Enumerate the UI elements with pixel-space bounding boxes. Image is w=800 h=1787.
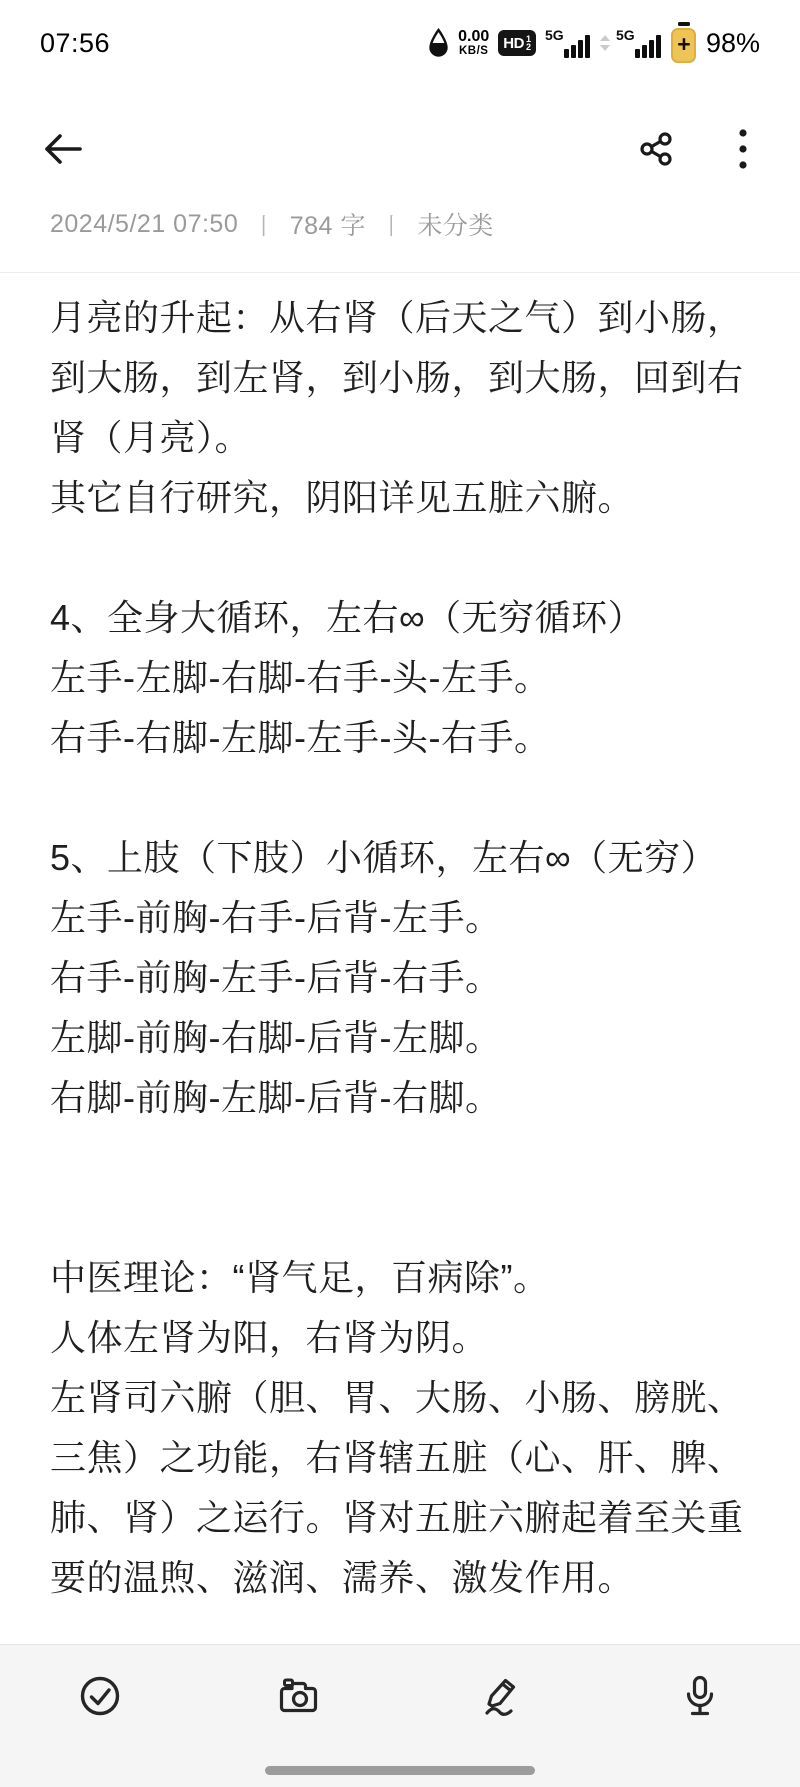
- hd-volte-icon: HD 1 2: [498, 30, 536, 56]
- todo-check-button[interactable]: [0, 1673, 200, 1719]
- note-line: 右手-右脚-左脚-左手-头-右手。: [50, 708, 752, 768]
- camera-icon: [277, 1673, 323, 1719]
- water-drop-icon: [428, 28, 449, 58]
- note-line: 左脚-前胸-右脚-后背-左脚。: [50, 1008, 752, 1068]
- share-icon: [636, 129, 676, 169]
- note-line: 要的温煦、滋润、濡养、激发作用。: [50, 1548, 752, 1608]
- signal-bars-icon-2: 5G: [616, 27, 662, 60]
- network-speed-unit: KB/S: [459, 45, 488, 57]
- camera-button[interactable]: [200, 1673, 400, 1719]
- note-category[interactable]: 未分类: [417, 206, 494, 242]
- status-bar-right: 0.00 KB/S HD 1 2 5G 5G: [428, 22, 760, 64]
- note-line: 左手-左脚-右脚-右手-头-左手。: [50, 648, 752, 708]
- note-line: 右手-前胸-左手-后背-右手。: [50, 948, 752, 1008]
- share-button[interactable]: [636, 129, 676, 169]
- note-line: 肾（月亮）。: [50, 408, 752, 468]
- note-line: 4、全身大循环，左右∞（无穷循环）: [50, 588, 752, 648]
- handwriting-pen-icon: [477, 1673, 523, 1719]
- network-arrows-icon: [600, 35, 610, 51]
- microphone-icon: [677, 1673, 723, 1719]
- meta-separator: 丨: [252, 208, 276, 241]
- signal-5g-label-2: 5G: [616, 27, 635, 43]
- signal-bars: [564, 35, 590, 58]
- note-line: 人体左肾为阳，右肾为阴。: [50, 1308, 752, 1368]
- note-line: 5、上肢（下肢）小循环，左右∞（无穷）: [50, 828, 752, 888]
- note-word-count: 784 字: [290, 206, 366, 242]
- bottom-toolbar: [0, 1644, 800, 1787]
- note-line: 到大肠，到左肾，到小肠，到大肠，回到右: [50, 348, 752, 408]
- note-line-blank: [50, 1128, 752, 1188]
- note-header: [0, 80, 800, 200]
- battery-percentage: 98%: [706, 28, 760, 59]
- note-line: 其它自行研究，阴阳详见五脏六腑。: [50, 468, 752, 528]
- check-circle-icon: [77, 1673, 123, 1719]
- status-bar: 07:56 0.00 KB/S HD 1 2 5G: [0, 0, 800, 80]
- back-arrow-icon: [40, 130, 84, 168]
- meta-separator: 丨: [380, 208, 404, 241]
- note-line: 三焦）之功能，右肾辖五脏（心、肝、脾、: [50, 1428, 752, 1488]
- notes-app-screen: 07:56 0.00 KB/S HD 1 2 5G: [0, 0, 800, 1787]
- note-line: 月亮的升起：从右肾（后天之气）到小肠，: [50, 288, 752, 348]
- voice-record-button[interactable]: [600, 1673, 800, 1719]
- network-speed-value: 0.00: [458, 29, 489, 45]
- note-text-area[interactable]: 月亮的升起：从右肾（后天之气）到小肠， 到大肠，到左肾，到小肠，到大肠，回到右 …: [0, 273, 800, 1608]
- hd-sim-indicator: 1 2: [526, 35, 531, 52]
- signal-bars-2: [635, 35, 661, 58]
- handwrite-button[interactable]: [400, 1673, 600, 1719]
- note-line: 左手-前胸-右手-后背-左手。: [50, 888, 752, 948]
- note-meta-row: 2024/5/21 07:50 丨 784 字 丨 未分类: [0, 206, 800, 273]
- note-line-blank: [50, 528, 752, 588]
- note-line-blank: [50, 1188, 752, 1248]
- battery-charging-icon: +: [671, 22, 697, 64]
- signal-5g-label: 5G: [545, 27, 564, 43]
- note-line: 中医理论：“肾气足，百病除”。: [50, 1248, 752, 1308]
- more-menu-icon: [738, 128, 748, 170]
- more-menu-button[interactable]: [738, 128, 748, 170]
- note-line: 右脚-前胸-左脚-后背-右脚。: [50, 1068, 752, 1128]
- gesture-navigation-bar[interactable]: [265, 1766, 535, 1775]
- signal-bars-icon: 5G: [545, 27, 591, 60]
- note-line: 左肾司六腑（胆、胃、大肠、小肠、膀胱、: [50, 1368, 752, 1428]
- back-button[interactable]: [40, 130, 84, 168]
- note-datetime: 2024/5/21 07:50: [50, 210, 238, 239]
- note-line: 肺、肾）之运行。肾对五脏六腑起着至关重: [50, 1488, 752, 1548]
- note-line-blank: [50, 768, 752, 828]
- header-actions: [636, 128, 748, 170]
- toolbar-icons-row: [0, 1645, 800, 1719]
- clock-time: 07:56: [40, 28, 110, 59]
- battery-plus-symbol: +: [677, 33, 690, 56]
- network-speed: 0.00 KB/S: [458, 29, 489, 57]
